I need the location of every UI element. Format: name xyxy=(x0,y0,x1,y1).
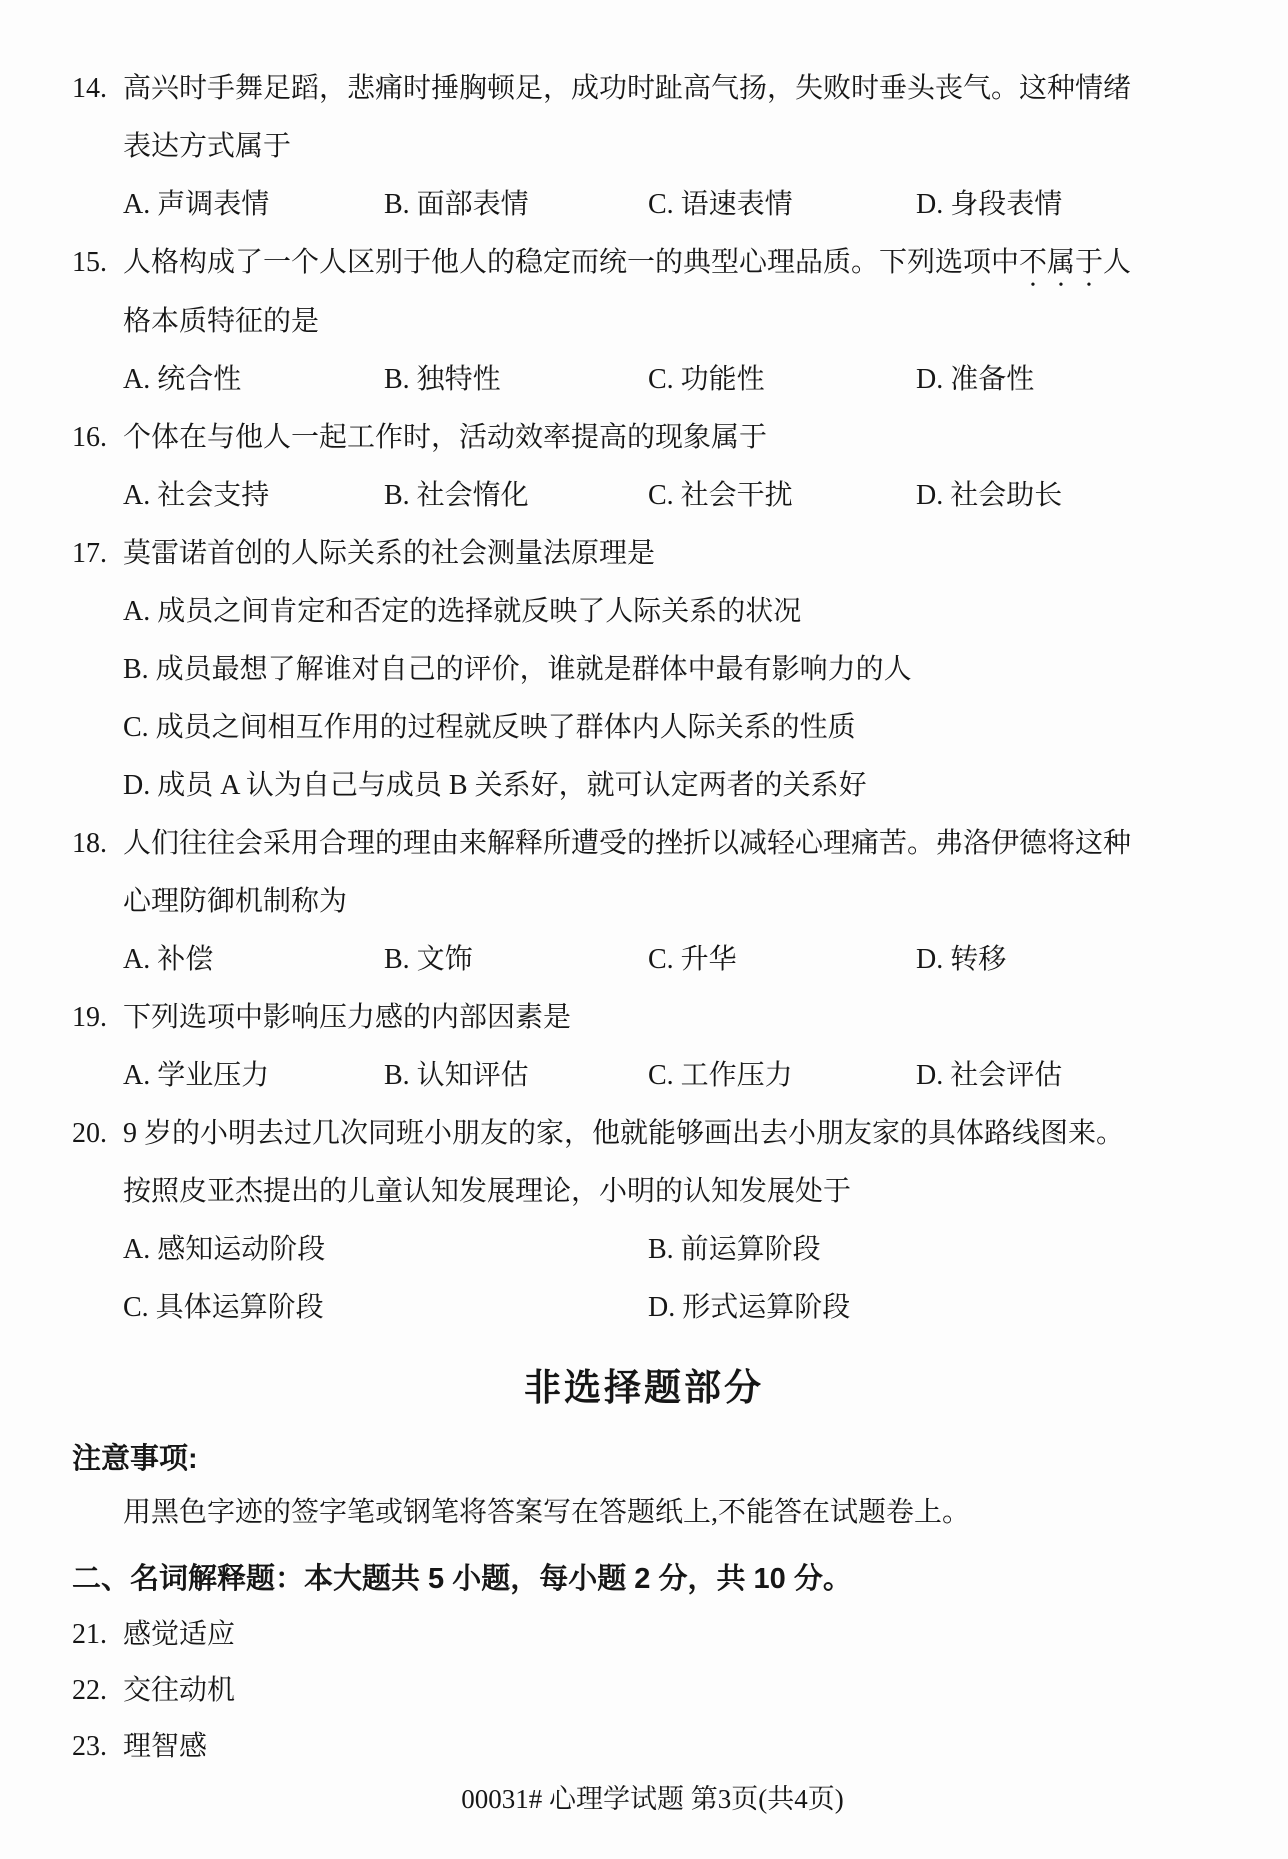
option: B. 成员最想了解谁对自己的评价，谁就是群体中最有影响力的人 xyxy=(123,641,1233,699)
question-stem-line: 人们往往会采用合理的理由来解释所遭受的挫折以减轻心理痛苦。弗洛伊德将这种 xyxy=(123,815,1233,873)
stem-text: 人格构成了一个人区别于他人的稳定而统一的典型心理品质。下列选项中 xyxy=(123,247,1019,278)
question: 18.人们往往会采用合理的理由来解释所遭受的挫折以减轻心理痛苦。弗洛伊德将这种心… xyxy=(72,815,1233,989)
question-number: 20. xyxy=(72,1105,123,1163)
section-two-header: 二、名词解释题：本大题共 5 小题，每小题 2 分，共 10 分。 xyxy=(72,1551,1233,1607)
question-stem-line: 心理防御机制称为 xyxy=(123,873,1233,931)
option: A. 成员之间肯定和否定的选择就反映了人际关系的状况 xyxy=(123,583,1233,641)
option: C. 社会干扰 xyxy=(648,467,916,525)
term-text: 交往动机 xyxy=(123,1663,235,1719)
option: A. 声调表情 xyxy=(123,176,384,234)
option: C. 升华 xyxy=(648,931,916,989)
question-stem-line: 人格构成了一个人区别于他人的稳定而统一的典型心理品质。下列选项中不属于人 xyxy=(123,234,1233,293)
exam-page: 14.高兴时手舞足蹈，悲痛时捶胸顿足，成功时趾高气扬，失败时垂头丧气。这种情绪表… xyxy=(0,0,1288,1859)
question-body: 人格构成了一个人区别于他人的稳定而统一的典型心理品质。下列选项中不属于人格本质特… xyxy=(123,234,1233,409)
question-body: 人们往往会采用合理的理由来解释所遭受的挫折以减轻心理痛苦。弗洛伊德将这种心理防御… xyxy=(123,815,1233,989)
notes-label: 注意事项: xyxy=(72,1433,1233,1485)
option: B. 前运算阶段 xyxy=(648,1221,1233,1279)
option: C. 成员之间相互作用的过程就反映了群体内人际关系的性质 xyxy=(123,699,1233,757)
option: B. 独特性 xyxy=(384,351,648,409)
option: C. 工作压力 xyxy=(648,1047,916,1105)
option: C. 具体运算阶段 xyxy=(123,1279,648,1337)
option: D. 准备性 xyxy=(916,351,1233,409)
options-row: A. 成员之间肯定和否定的选择就反映了人际关系的状况B. 成员最想了解谁对自己的… xyxy=(123,583,1233,815)
option: D. 成员 A 认为自己与成员 B 关系好，就可认定两者的关系好 xyxy=(123,757,1233,815)
question: 17.莫雷诺首创的人际关系的社会测量法原理是A. 成员之间肯定和否定的选择就反映… xyxy=(72,525,1233,815)
option: C. 语速表情 xyxy=(648,176,916,234)
question: 19.下列选项中影响压力感的内部因素是A. 学业压力B. 认知评估C. 工作压力… xyxy=(72,989,1233,1105)
question-number: 23. xyxy=(72,1719,123,1775)
page-footer: 00031# 心理学试题 第3页(共4页) xyxy=(72,1779,1233,1819)
term-text: 感觉适应 xyxy=(123,1607,235,1663)
question: 15.人格构成了一个人区别于他人的稳定而统一的典型心理品质。下列选项中不属于人格… xyxy=(72,234,1233,409)
multiple-choice-question-list: 14.高兴时手舞足蹈，悲痛时捶胸顿足，成功时趾高气扬，失败时垂头丧气。这种情绪表… xyxy=(72,60,1233,1337)
options-row: A. 感知运动阶段B. 前运算阶段C. 具体运算阶段D. 形式运算阶段 xyxy=(123,1221,1233,1337)
term-question-list: 21. 感觉适应 22. 交往动机 23. 理智感 xyxy=(72,1607,1233,1775)
option: D. 转移 xyxy=(916,931,1233,989)
option: D. 社会助长 xyxy=(916,467,1233,525)
option: A. 统合性 xyxy=(123,351,384,409)
options-row: A. 补偿B. 文饰C. 升华D. 转移 xyxy=(123,931,1233,989)
term-question: 21. 感觉适应 xyxy=(72,1607,1233,1663)
option: B. 面部表情 xyxy=(384,176,648,234)
question-number: 22. xyxy=(72,1663,123,1719)
question-body: 莫雷诺首创的人际关系的社会测量法原理是A. 成员之间肯定和否定的选择就反映了人际… xyxy=(123,525,1233,815)
stem-text: 人 xyxy=(1103,247,1131,278)
question-number: 17. xyxy=(72,525,123,583)
option: C. 功能性 xyxy=(648,351,916,409)
question-stem-line: 9 岁的小明去过几次同班小朋友的家，他就能够画出去小朋友家的具体路线图来。 xyxy=(123,1105,1233,1163)
question-number: 18. xyxy=(72,815,123,873)
option: A. 补偿 xyxy=(123,931,384,989)
question-number: 16. xyxy=(72,409,123,467)
question-stem-line: 下列选项中影响压力感的内部因素是 xyxy=(123,989,1233,1047)
question-stem-line: 表达方式属于 xyxy=(123,118,1233,176)
question-number: 19. xyxy=(72,989,123,1047)
options-row: A. 统合性B. 独特性C. 功能性D. 准备性 xyxy=(123,351,1233,409)
question: 20.9 岁的小明去过几次同班小朋友的家，他就能够画出去小朋友家的具体路线图来。… xyxy=(72,1105,1233,1337)
option: D. 身段表情 xyxy=(916,176,1233,234)
question-body: 9 岁的小明去过几次同班小朋友的家，他就能够画出去小朋友家的具体路线图来。按照皮… xyxy=(123,1105,1233,1337)
question-stem-line: 格本质特征的是 xyxy=(123,293,1233,351)
emphasized-text: 不属于 xyxy=(1019,247,1103,278)
option: A. 学业压力 xyxy=(123,1047,384,1105)
question-number: 21. xyxy=(72,1607,123,1663)
term-text: 理智感 xyxy=(123,1719,207,1775)
question-stem-line: 高兴时手舞足蹈，悲痛时捶胸顿足，成功时趾高气扬，失败时垂头丧气。这种情绪 xyxy=(123,60,1233,118)
question-body: 高兴时手舞足蹈，悲痛时捶胸顿足，成功时趾高气扬，失败时垂头丧气。这种情绪表达方式… xyxy=(123,60,1233,234)
term-question: 23. 理智感 xyxy=(72,1719,1233,1775)
options-row: A. 社会支持B. 社会惰化C. 社会干扰D. 社会助长 xyxy=(123,467,1233,525)
question-number: 15. xyxy=(72,234,123,292)
option: A. 感知运动阶段 xyxy=(123,1221,648,1279)
question-number: 14. xyxy=(72,60,123,118)
notes-instruction: 用黑色字迹的签字笔或钢笔将答案写在答题纸上,不能答在试题卷上。 xyxy=(72,1485,1233,1541)
question-body: 下列选项中影响压力感的内部因素是A. 学业压力B. 认知评估C. 工作压力D. … xyxy=(123,989,1233,1105)
option: D. 社会评估 xyxy=(916,1047,1233,1105)
question: 14.高兴时手舞足蹈，悲痛时捶胸顿足，成功时趾高气扬，失败时垂头丧气。这种情绪表… xyxy=(72,60,1233,234)
question-stem-line: 个体在与他人一起工作时，活动效率提高的现象属于 xyxy=(123,409,1233,467)
question-stem-line: 按照皮亚杰提出的儿童认知发展理论，小明的认知发展处于 xyxy=(123,1163,1233,1221)
question-stem-line: 莫雷诺首创的人际关系的社会测量法原理是 xyxy=(123,525,1233,583)
option: A. 社会支持 xyxy=(123,467,384,525)
option: B. 文饰 xyxy=(384,931,648,989)
non-mc-section-header: 非选择题部分 xyxy=(55,1357,1233,1419)
option: D. 形式运算阶段 xyxy=(648,1279,1233,1337)
options-row: A. 学业压力B. 认知评估C. 工作压力D. 社会评估 xyxy=(123,1047,1233,1105)
term-question: 22. 交往动机 xyxy=(72,1663,1233,1719)
options-row: A. 声调表情B. 面部表情C. 语速表情D. 身段表情 xyxy=(123,176,1233,234)
option: B. 社会惰化 xyxy=(384,467,648,525)
question: 16.个体在与他人一起工作时，活动效率提高的现象属于A. 社会支持B. 社会惰化… xyxy=(72,409,1233,525)
option: B. 认知评估 xyxy=(384,1047,648,1105)
question-body: 个体在与他人一起工作时，活动效率提高的现象属于A. 社会支持B. 社会惰化C. … xyxy=(123,409,1233,525)
